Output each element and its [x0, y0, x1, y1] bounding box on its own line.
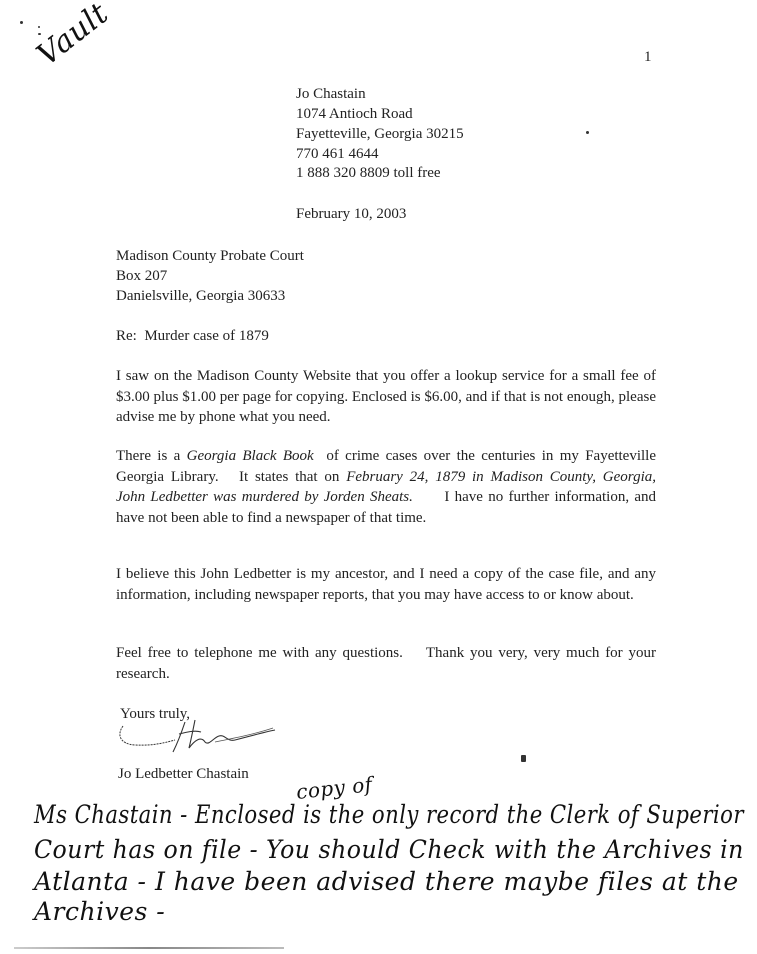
- recipient-box: Box 207: [116, 267, 167, 287]
- letter-date: February 10, 2003: [296, 205, 406, 225]
- paragraph-text: I believe this John Ledbetter is my ance…: [116, 564, 656, 605]
- scan-edge-line: [14, 947, 284, 949]
- book-title: Georgia Black Book: [187, 448, 314, 464]
- body-paragraph-4: Feel free to telephone me with any quest…: [116, 643, 656, 684]
- speck: [38, 33, 41, 35]
- body-paragraph-3: I believe this John Ledbetter is my ance…: [116, 564, 656, 605]
- handwritten-line-2: Court has on file - You should Check wit…: [34, 835, 744, 864]
- handwritten-line-4: Archives -: [34, 897, 165, 926]
- sender-city: Fayetteville, Georgia 30215: [296, 125, 464, 145]
- paragraph-text: Feel free to telephone me with any quest…: [116, 643, 656, 684]
- sender-phone: 770 461 4644: [296, 145, 379, 165]
- subject-line: Re: Murder case of 1879: [116, 327, 269, 347]
- body-paragraph-2: There is a Georgia Black Book of crime c…: [116, 446, 656, 528]
- paragraph-text: I saw on the Madison County Website that…: [116, 366, 656, 428]
- margin-note: Vault: [30, 0, 115, 73]
- speck: [20, 21, 23, 24]
- recipient-city: Danielsville, Georgia 30633: [116, 287, 285, 307]
- sender-street: 1074 Antioch Road: [296, 105, 413, 125]
- page-number: 1: [644, 48, 652, 68]
- handwritten-line-1: Ms Chastain - Enclosed is the only recor…: [34, 800, 744, 829]
- signature-icon: [115, 712, 285, 757]
- speck: [586, 131, 589, 134]
- paragraph-text: There is a: [116, 448, 187, 464]
- speck: [38, 26, 40, 28]
- signature-name: Jo Ledbetter Chastain: [118, 765, 249, 785]
- handwritten-line-3: Atlanta - I have been advised there mayb…: [34, 867, 739, 896]
- recipient-name: Madison County Probate Court: [116, 247, 304, 267]
- sender-name: Jo Chastain: [296, 85, 366, 105]
- speck: [521, 755, 526, 762]
- sender-toll-free: 1 888 320 8809 toll free: [296, 164, 441, 184]
- body-paragraph-1: I saw on the Madison County Website that…: [116, 366, 656, 428]
